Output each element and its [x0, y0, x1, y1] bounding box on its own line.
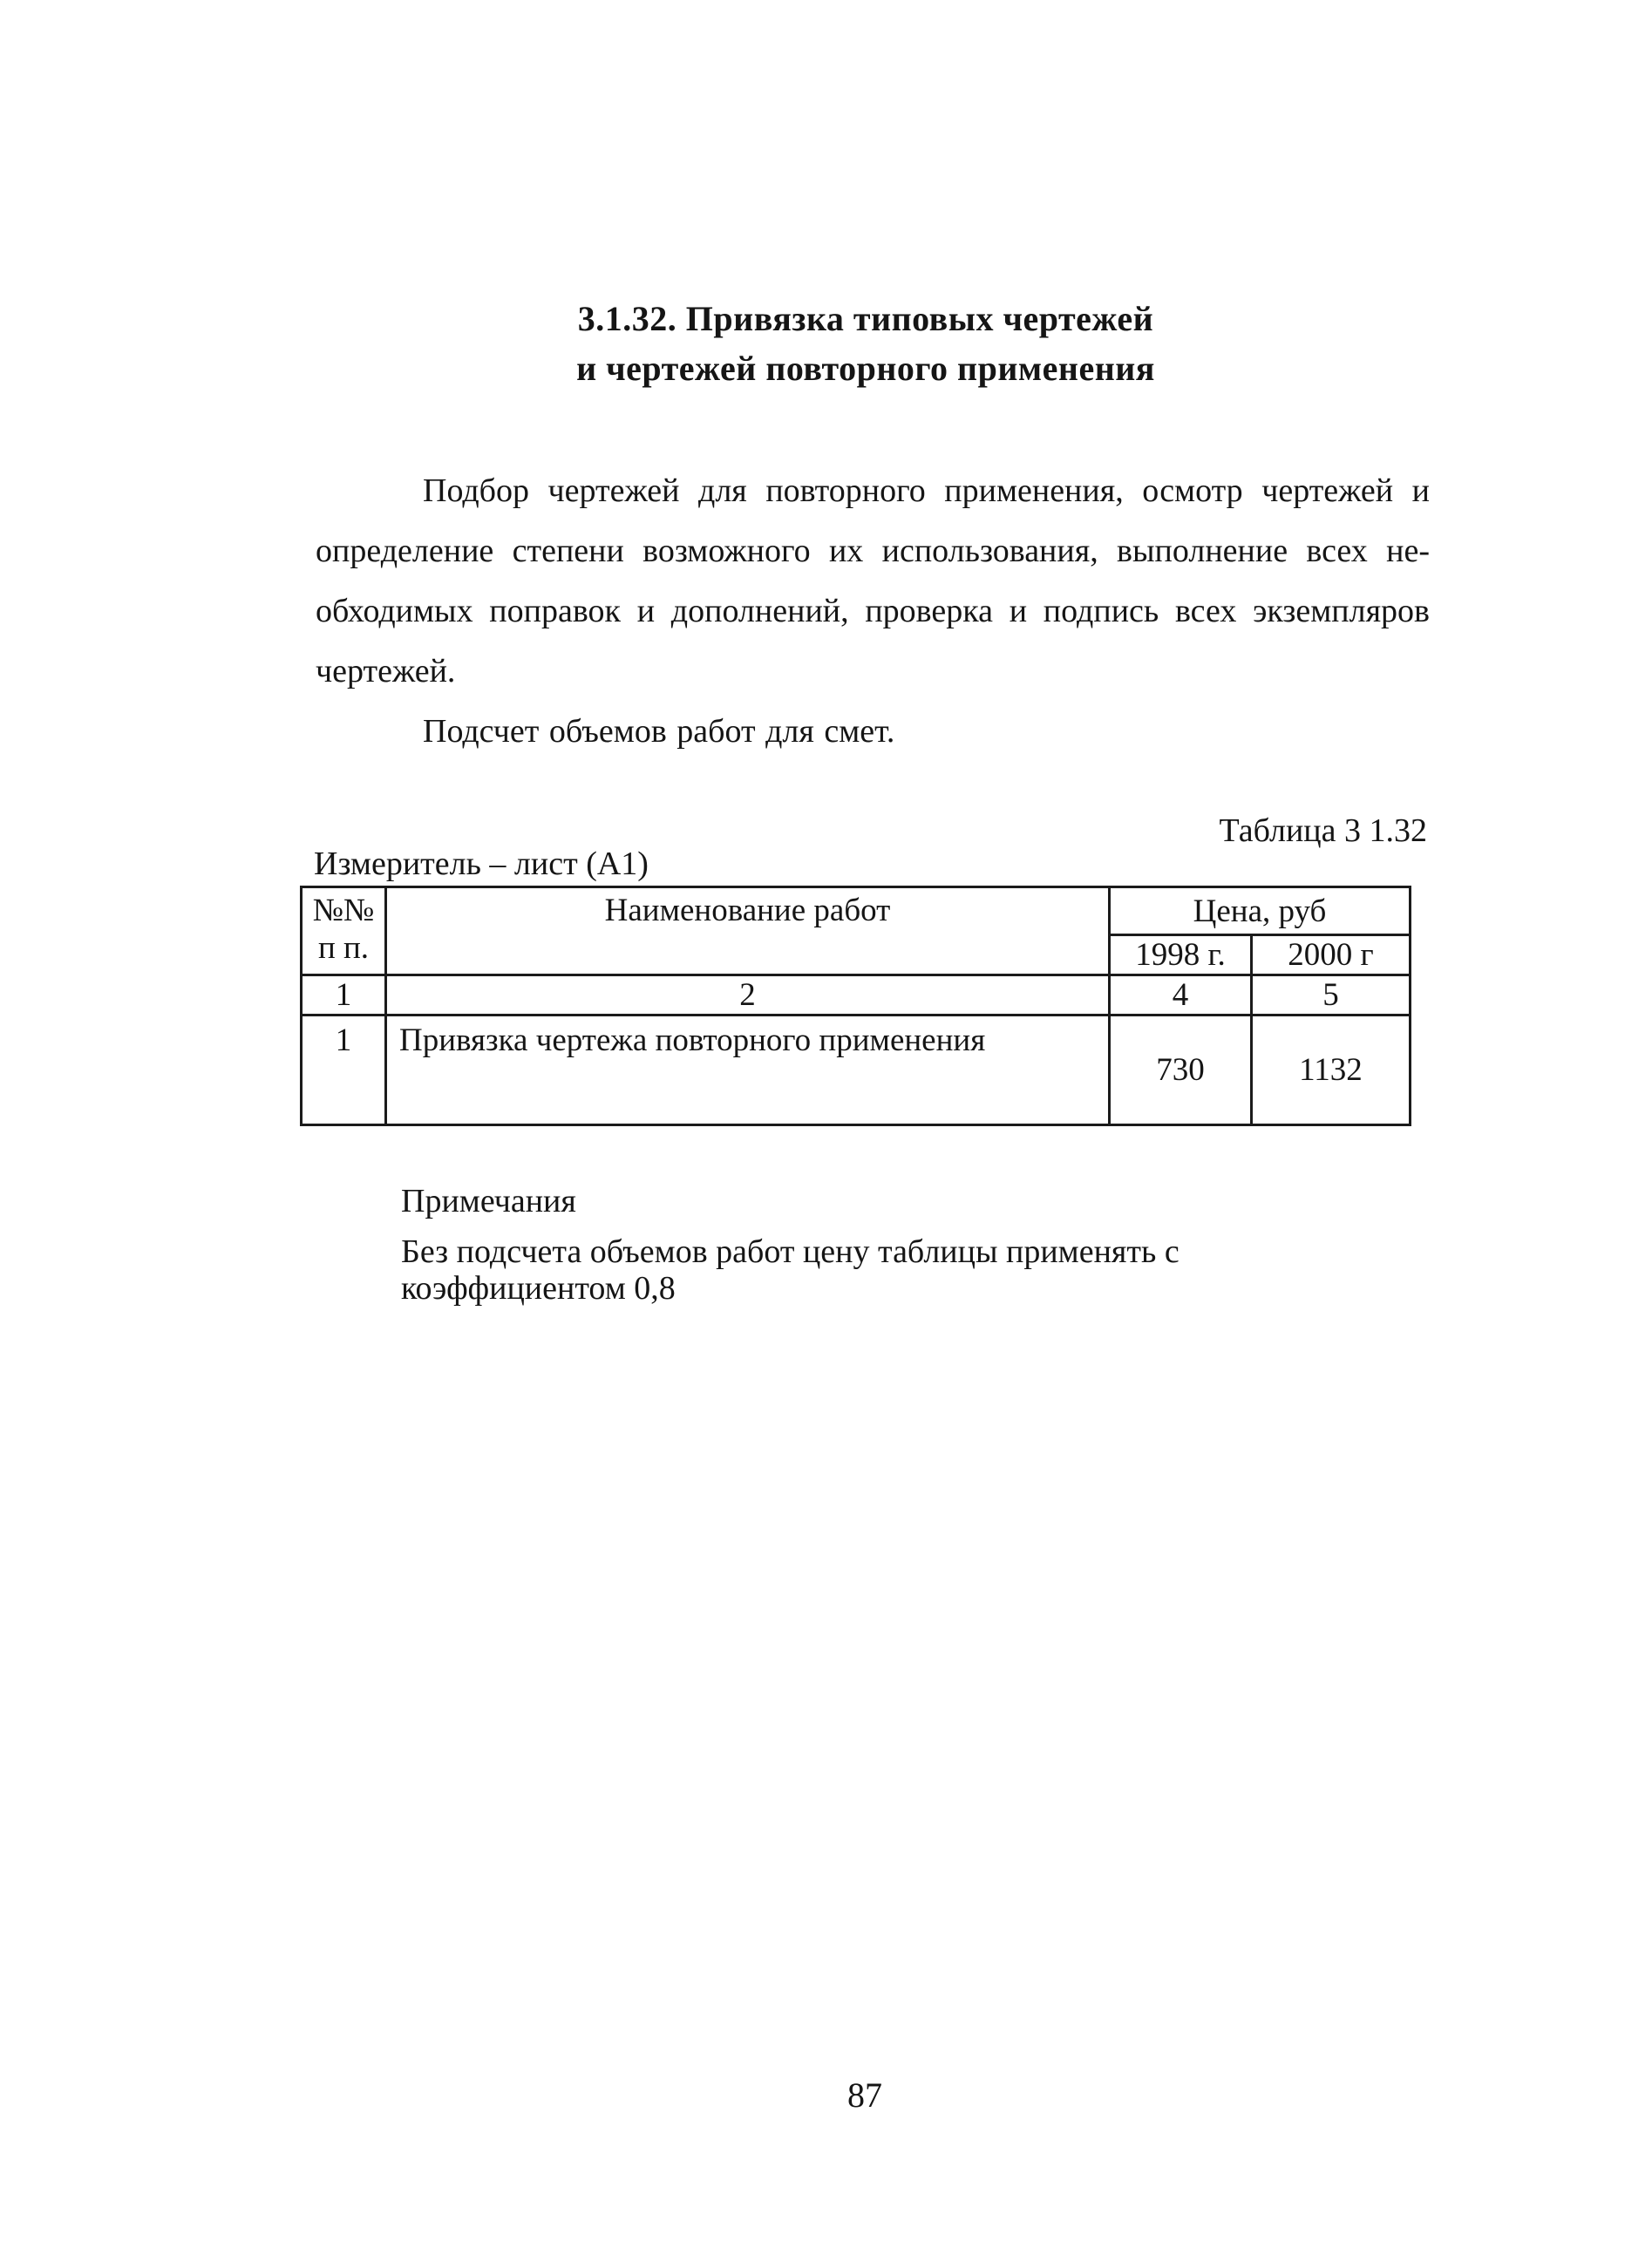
- header-no-line2: п п.: [318, 929, 369, 967]
- page-number: 87: [847, 2076, 882, 2115]
- table-row: 1 Привязка чертежа повторного применения…: [302, 1015, 1411, 1125]
- notes-text: Без подсчета объемов работ цену таблицы …: [401, 1233, 1395, 1307]
- column-number-cell: 4: [1110, 975, 1252, 1015]
- table-caption: Таблица 3 1.32: [1219, 813, 1427, 848]
- column-number-cell: 1: [302, 975, 386, 1015]
- body-text: Подбор чертежей для повторного применени…: [316, 461, 1430, 762]
- row-price-2000: 1132: [1252, 1015, 1411, 1125]
- header-cell-year-1998: 1998 г.: [1110, 935, 1252, 975]
- row-no: 1: [302, 1015, 386, 1125]
- header-cell-name: Наименование работ: [386, 887, 1110, 975]
- column-number-cell: 5: [1252, 975, 1411, 1015]
- section-title-line-1: 3.1.32. Привязка типовых чертежей: [316, 294, 1416, 343]
- paragraph-line: обходимых поправок и дополнений, проверк…: [316, 581, 1430, 642]
- paragraph-line: Подбор чертежей для повторного применени…: [316, 461, 1430, 521]
- document-page: 3.1.32. Привязка типовых чертежей и черт…: [0, 0, 1652, 2255]
- header-cell-year-2000: 2000 г: [1252, 935, 1411, 975]
- column-number-row: 1 2 4 5: [302, 975, 1411, 1015]
- header-cell-no: №№ п п.: [302, 887, 386, 975]
- row-name: Привязка чертежа повторного применения: [386, 1015, 1110, 1125]
- paragraph-line: чертежей.: [316, 642, 1430, 702]
- paragraph-line: определение степени возможного их исполь…: [316, 521, 1430, 581]
- price-table: №№ п п. Наименование работ Цена, руб 199…: [300, 886, 1411, 1126]
- section-title-line-2: и чертежей повторного применения: [316, 343, 1416, 393]
- notes-heading: Примечания: [401, 1183, 576, 1219]
- header-no-line1: №№: [313, 892, 375, 929]
- table-header-row-1: №№ п п. Наименование работ Цена, руб: [302, 887, 1411, 935]
- column-number-cell: 2: [386, 975, 1110, 1015]
- section-title: 3.1.32. Привязка типовых чертежей и черт…: [316, 294, 1416, 393]
- paragraph-line: Подсчет объемов работ для смет.: [316, 702, 1430, 762]
- row-price-1998: 730: [1110, 1015, 1252, 1125]
- table-measure-label: Измеритель – лист (А1): [314, 846, 649, 881]
- header-cell-price-group: Цена, руб: [1110, 887, 1411, 935]
